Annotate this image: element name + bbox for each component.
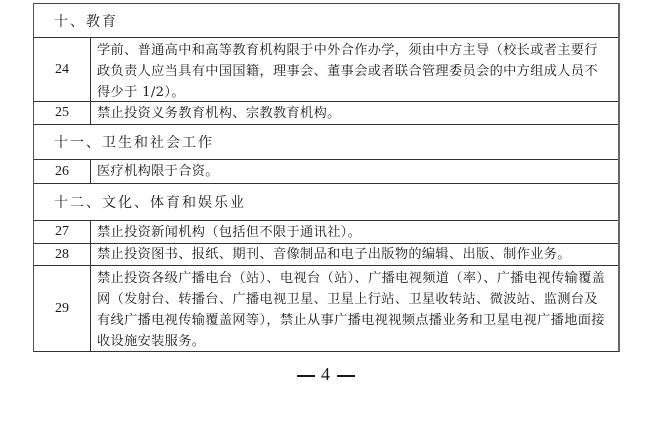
row-number: 27 — [34, 221, 91, 243]
table-row: 25 禁止投资义务教育机构、宗教教育机构。 — [34, 102, 618, 125]
row-text: 禁止投资各级广播电台（站）、电视台（站）、广播电视频道（率）、广播电视传输覆盖网… — [91, 266, 618, 351]
page-number: 4 — [321, 364, 331, 384]
row-text: 禁止投资新闻机构（包括但不限于通讯社）。 — [91, 221, 618, 243]
negative-list-table: 十、教育 24 学前、普通高中和高等教育机构限于中外合作办学，须由中方主导（校长… — [33, 3, 620, 352]
dash-right — [337, 375, 355, 377]
section-heading-text: 十一、卫生和社会工作 — [54, 132, 214, 152]
table-row: 24 学前、普通高中和高等教育机构限于中外合作办学，须由中方主导（校长或者主要行… — [34, 38, 618, 102]
section-heading-text: 十、教育 — [54, 11, 118, 31]
page-footer: 4 — [0, 364, 652, 385]
row-number: 28 — [34, 244, 91, 265]
table-row: 28 禁止投资图书、报纸、期刊、音像制品和电子出版物的编辑、出版、制作业务。 — [34, 244, 618, 266]
row-number: 25 — [34, 102, 91, 124]
document-page: 十、教育 24 学前、普通高中和高等教育机构限于中外合作办学，须由中方主导（校长… — [0, 0, 652, 432]
section-heading-education: 十、教育 — [34, 4, 618, 38]
table-row: 26 医疗机构限于合资。 — [34, 160, 618, 184]
dash-left — [297, 375, 315, 377]
table-row: 29 禁止投资各级广播电台（站）、电视台（站）、广播电视频道（率）、广播电视传输… — [34, 266, 618, 351]
row-text: 学前、普通高中和高等教育机构限于中外合作办学，须由中方主导（校长或者主要行政负责… — [91, 38, 618, 101]
row-text: 禁止投资义务教育机构、宗教教育机构。 — [91, 102, 618, 124]
row-text: 禁止投资图书、报纸、期刊、音像制品和电子出版物的编辑、出版、制作业务。 — [91, 244, 618, 265]
section-heading-health: 十一、卫生和社会工作 — [34, 125, 618, 160]
row-number: 24 — [34, 38, 91, 101]
row-number: 26 — [34, 160, 91, 183]
section-heading-culture: 十二、文化、体育和娱乐业 — [34, 184, 618, 221]
table-row: 27 禁止投资新闻机构（包括但不限于通讯社）。 — [34, 221, 618, 244]
row-number: 29 — [34, 266, 91, 351]
section-heading-text: 十二、文化、体育和娱乐业 — [54, 192, 246, 212]
row-text: 医疗机构限于合资。 — [91, 160, 618, 183]
